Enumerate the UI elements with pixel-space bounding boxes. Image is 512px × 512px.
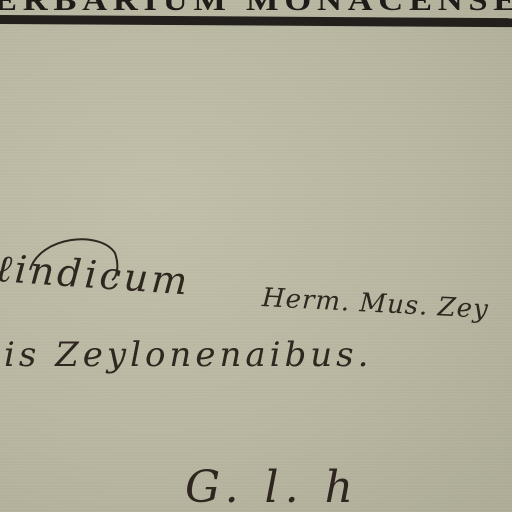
handwritten-locality: is Zeylonenaibus. — [4, 335, 372, 375]
handwritten-collector-signature: G. l. h — [185, 462, 359, 512]
